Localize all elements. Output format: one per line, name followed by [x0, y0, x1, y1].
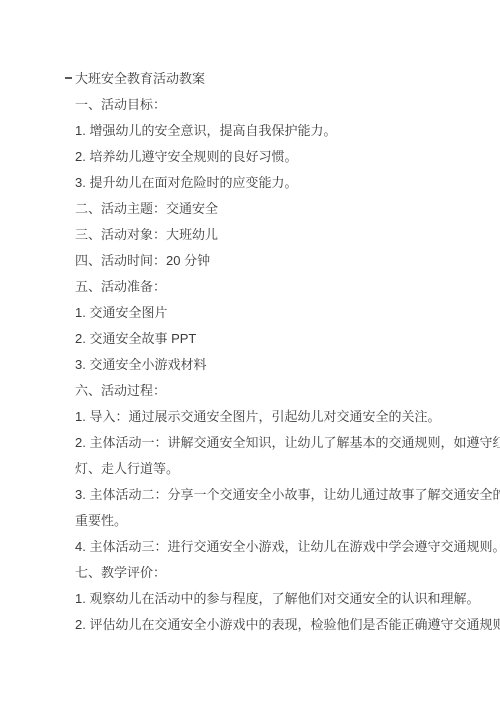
doc-line-process-3a: 3. 主体活动二：分享一个交通安全小故事，让幼儿通过故事了解交通安全的的 — [75, 482, 468, 508]
document-page: 大班安全教育活动教案 一、活动目标： 1. 增强幼儿的安全意识，提高自我保护能力… — [0, 0, 500, 707]
doc-line-process-3b: 重要性。 — [75, 508, 468, 534]
doc-line-prep-1: 1. 交通安全图片 — [75, 300, 468, 326]
doc-line-prep-2: 2. 交通安全故事 PPT — [75, 326, 468, 352]
doc-line-goal-2: 2. 培养幼儿遵守安全规则的良好习惯。 — [75, 144, 468, 170]
doc-line-section-audience: 三、活动对象：大班幼儿 — [75, 222, 468, 248]
doc-line-eval-2: 2. 评估幼儿在交通安全小游戏中的表现，检验他们是否能正确遵守交通规则。 — [75, 612, 468, 638]
doc-line-section-theme: 二、活动主题：交通安全 — [75, 196, 468, 222]
doc-line-goal-1: 1. 增强幼儿的安全意识，提高自我保护能力。 — [75, 118, 468, 144]
doc-line-prep-3: 3. 交通安全小游戏材料 — [75, 352, 468, 378]
document-title: 大班安全教育活动教案 — [75, 71, 205, 86]
doc-line-section-evaluation: 七、教学评价： — [75, 560, 468, 586]
doc-line-section-goals: 一、活动目标： — [75, 92, 468, 118]
title-dash-icon — [65, 77, 72, 79]
doc-line-goal-3: 3. 提升幼儿在面对危险时的应变能力。 — [75, 170, 468, 196]
doc-line-section-time: 四、活动时间：20 分钟 — [75, 248, 468, 274]
doc-line-process-4: 4. 主体活动三：进行交通安全小游戏，让幼儿在游戏中学会遵守交通规则。 — [75, 534, 468, 560]
doc-line-eval-1: 1. 观察幼儿在活动中的参与程度，了解他们对交通安全的认识和理解。 — [75, 586, 468, 612]
doc-line-process-1: 1. 导入：通过展示交通安全图片，引起幼儿对交通安全的关注。 — [75, 404, 468, 430]
document-title-line: 大班安全教育活动教案 — [75, 66, 468, 92]
doc-line-process-2a: 2. 主体活动一：讲解交通安全知识，让幼儿了解基本的交通规则，如遵守红绿 — [75, 430, 468, 456]
doc-line-section-preparation: 五、活动准备： — [75, 274, 468, 300]
doc-line-process-2b: 灯、走人行道等。 — [75, 456, 468, 482]
doc-line-section-process: 六、活动过程： — [75, 378, 468, 404]
